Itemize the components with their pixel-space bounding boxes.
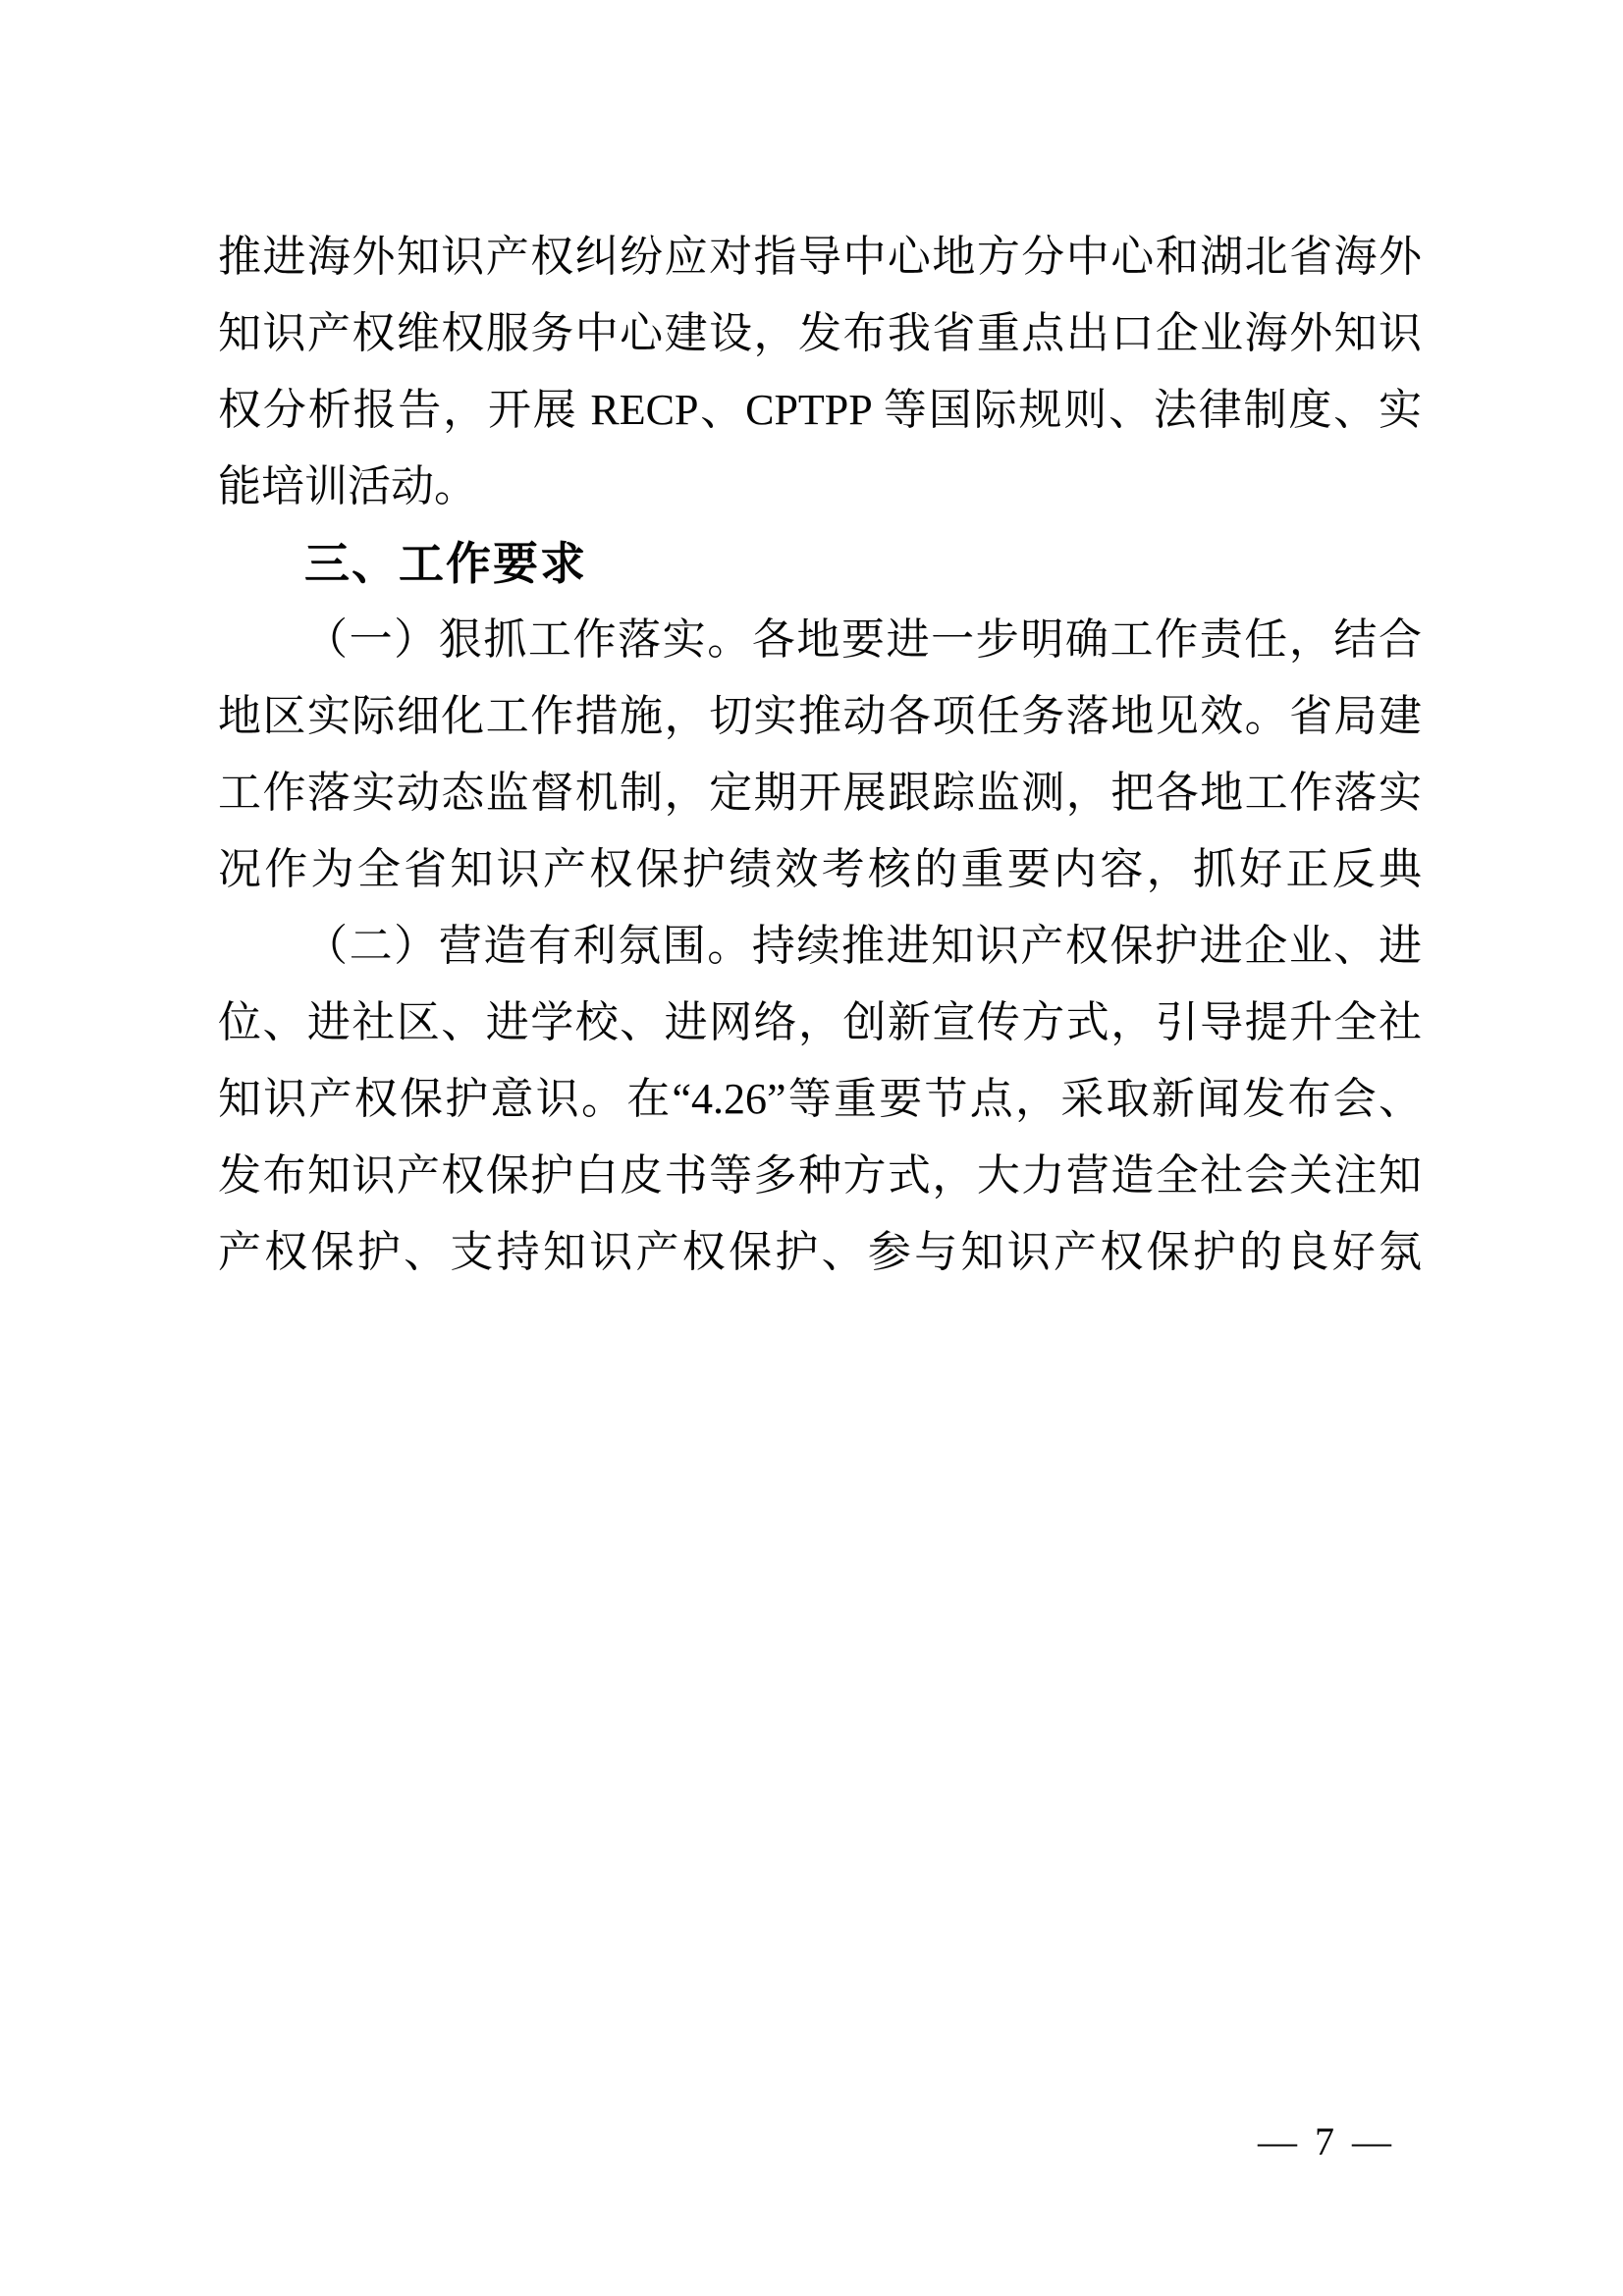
text-line: 发布知识产权保护白皮书等多种方式，大力营造全社会关注知识 [218,1138,1422,1214]
text-line: 地区实际细化工作措施，切实推动各项任务落地见效。省局建立 [218,678,1422,755]
text-line: 况作为全省知识产权保护绩效考核的重要内容，抓好正反典型。 [218,831,1422,908]
text-line: 产权保护、支持知识产权保护、参与知识产权保护的良好氛围。 [218,1214,1422,1291]
text-line: 权分析报告，开展 RECP、CPTPP 等国际规则、法律制度、实务技 [218,372,1422,449]
text-line: 推进海外知识产权纠纷应对指导中心地方分中心和湖北省海外 [218,219,1422,295]
text-line: 能培训活动。 [218,449,1422,525]
text-line: 知识产权保护意识。在“4.26”等重要节点，采取新闻发布会、 [218,1061,1422,1138]
text-line: 位、进社区、进学校、进网络，创新宣传方式，引导提升全社会 [218,985,1422,1061]
text-line: （二）营造有利氛围。持续推进知识产权保护进企业、进单 [218,908,1422,985]
document-body: 推进海外知识产权纠纷应对指导中心地方分中心和湖北省海外 知识产权维权服务中心建设… [218,219,1422,1291]
section-heading: 三、工作要求 [218,525,1422,602]
document-page: 推进海外知识产权纠纷应对指导中心地方分中心和湖北省海外 知识产权维权服务中心建设… [0,0,1623,2296]
page-number: — 7 — [1258,2120,1395,2163]
text-line: 知识产权维权服务中心建设，发布我省重点出口企业海外知识产 [218,295,1422,372]
text-line: 工作落实动态监督机制，定期开展跟踪监测，把各地工作落实情 [218,755,1422,831]
text-line: （一）狠抓工作落实。各地要进一步明确工作责任，结合本 [218,602,1422,678]
